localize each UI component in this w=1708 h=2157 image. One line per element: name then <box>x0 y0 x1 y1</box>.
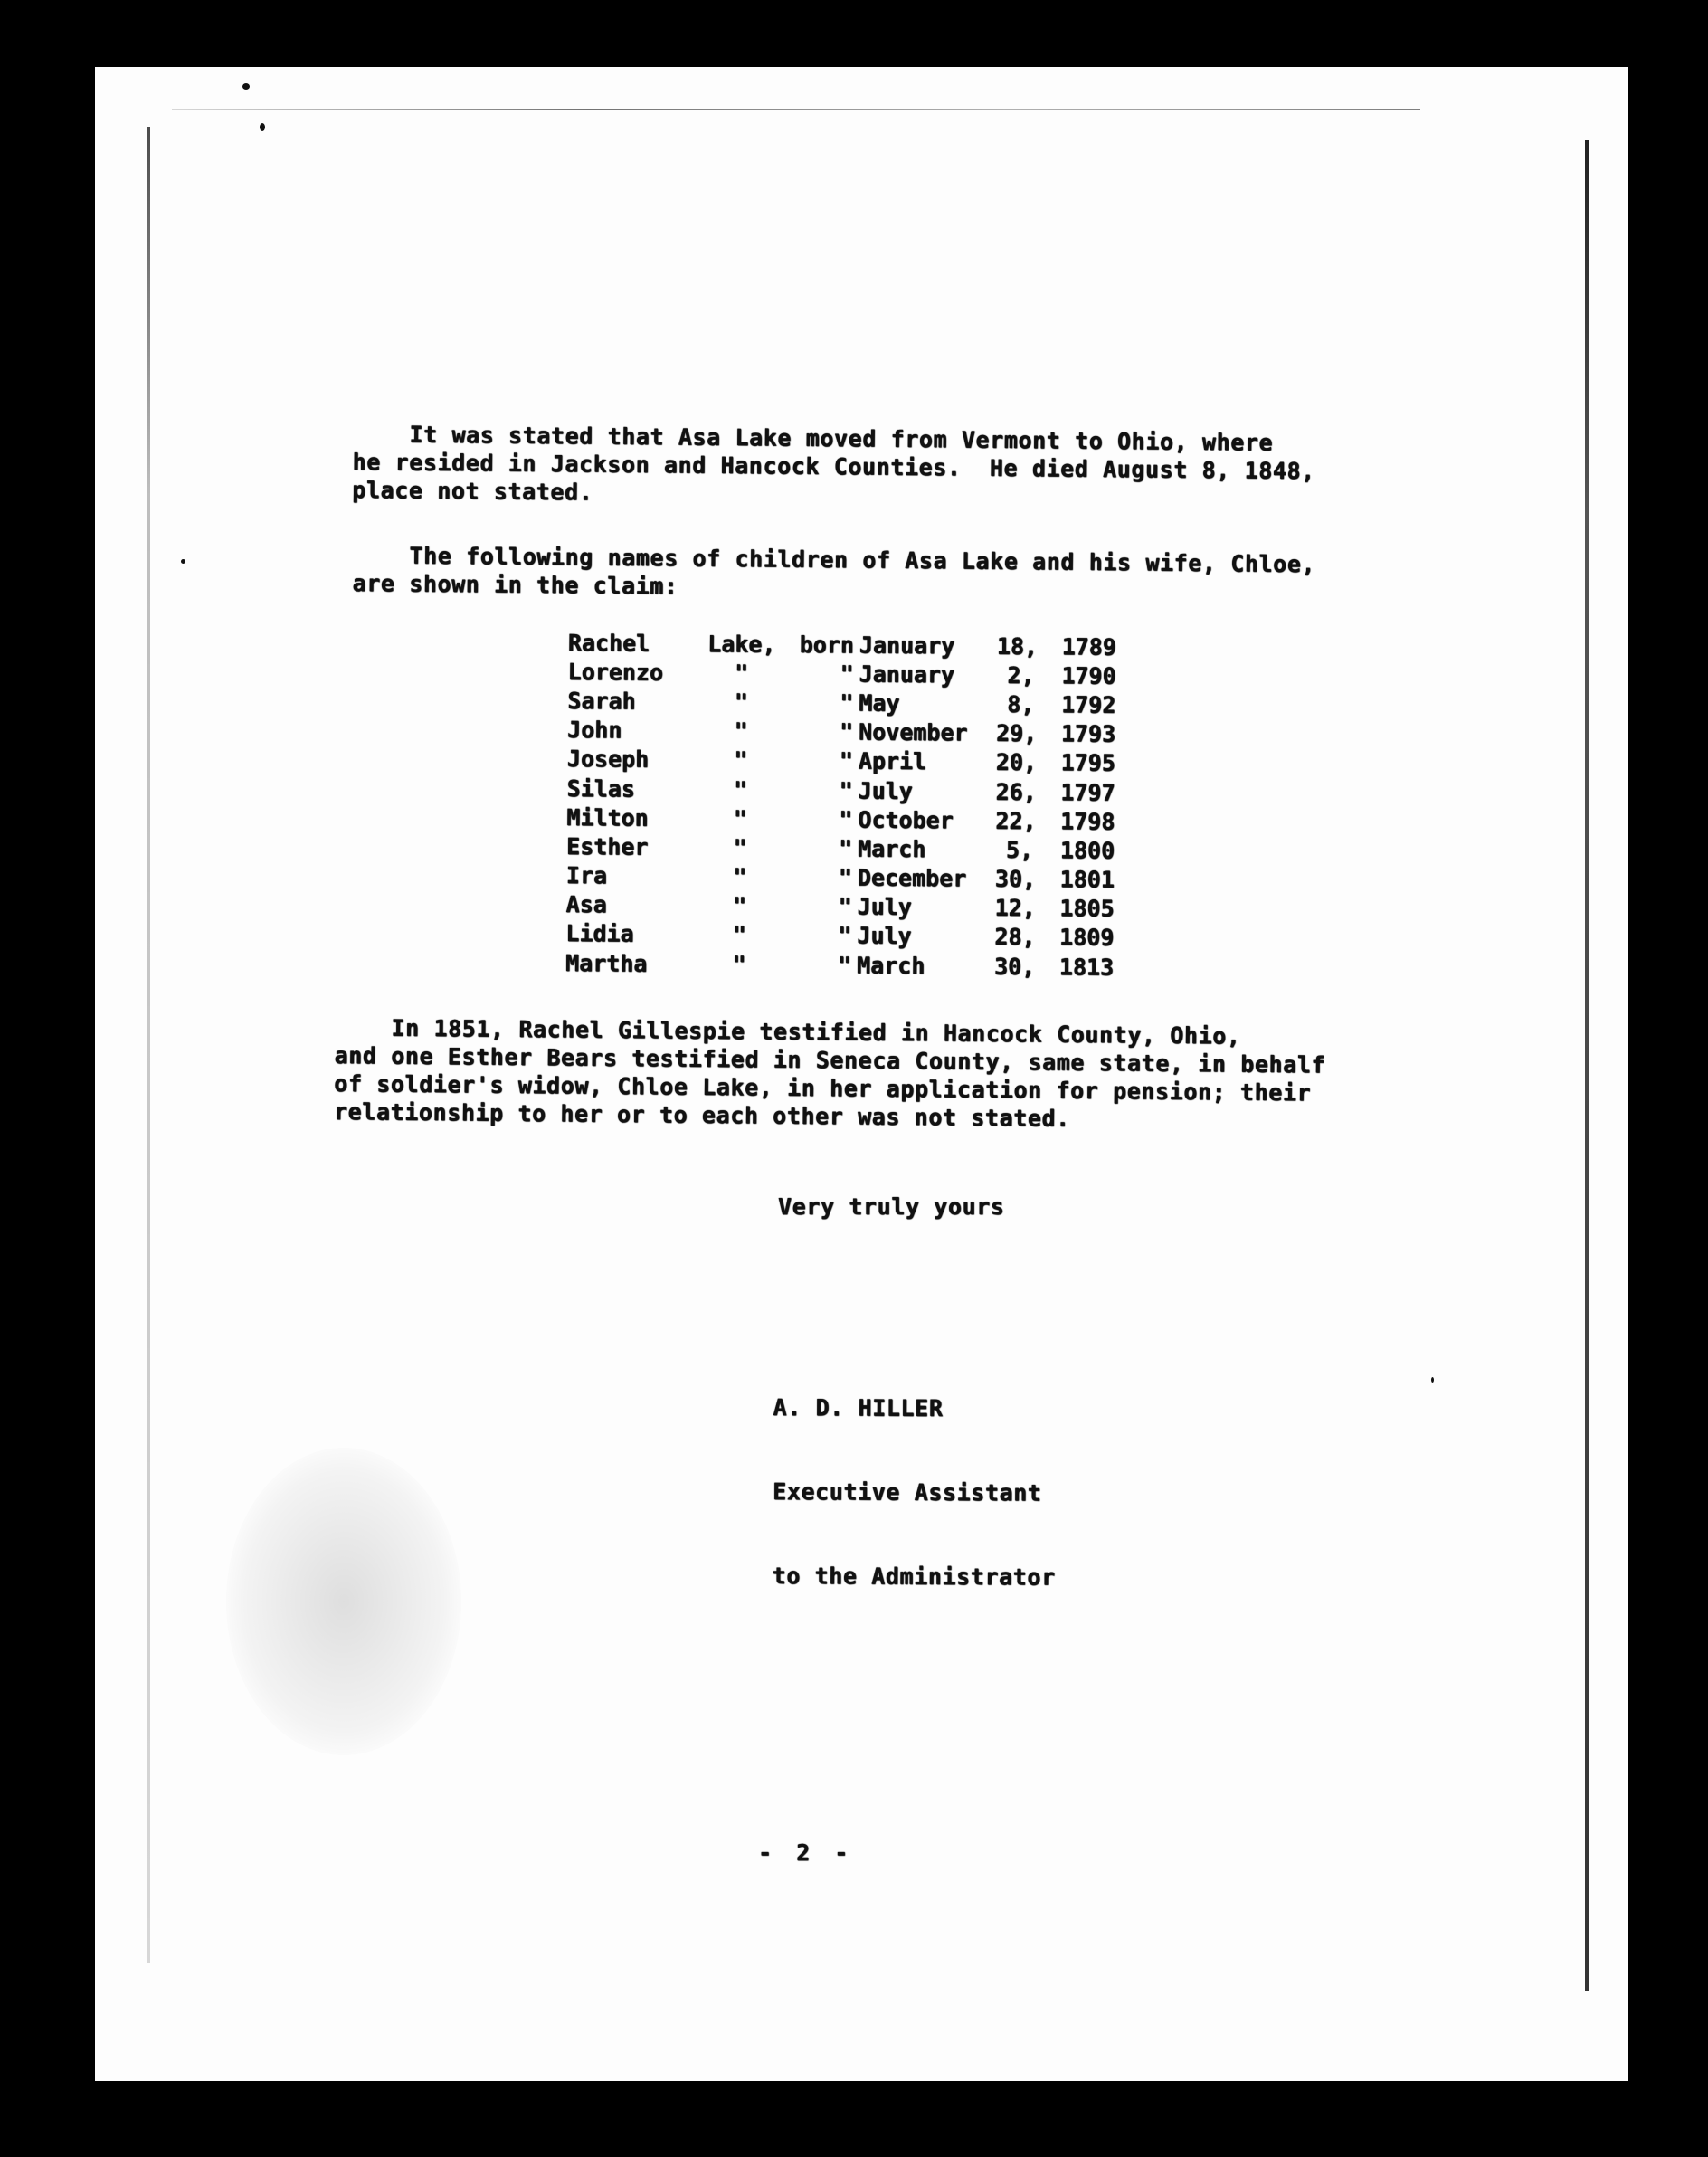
born-label: " <box>781 718 859 746</box>
child-surname: " <box>700 863 780 890</box>
child-entry: Lorenzo""January2,1790 <box>567 657 1115 690</box>
birth-month: March <box>858 835 995 862</box>
birth-month: November <box>859 719 996 746</box>
born-label: " <box>779 893 857 920</box>
ink-speck <box>242 83 250 90</box>
child-surname: " <box>702 660 782 687</box>
born-label: " <box>781 660 859 688</box>
birth-day: 29, <box>996 720 1034 746</box>
child-name: Milton <box>566 804 700 831</box>
birth-day: 8, <box>996 691 1034 717</box>
child-name: Asa <box>565 891 699 918</box>
child-surname: " <box>700 805 780 832</box>
closing-salutation: Very truly yours <box>778 1193 1004 1221</box>
ink-speck <box>1431 1377 1434 1383</box>
birth-month: October <box>858 806 995 833</box>
child-surname: " <box>700 834 780 861</box>
born-label: born <box>782 631 859 658</box>
ink-speck <box>181 559 185 564</box>
birth-day: 26, <box>995 778 1033 804</box>
birth-year: 1805 <box>1032 895 1114 922</box>
child-surname: " <box>699 951 779 978</box>
birth-month: April <box>859 748 996 775</box>
birth-year: 1792 <box>1034 691 1115 718</box>
children-list: RachelLake,bornJanuary18,1789Lorenzo""Ja… <box>565 628 1116 982</box>
ruled-line-left <box>147 127 150 1963</box>
birth-year: 1813 <box>1032 954 1114 981</box>
born-label: " <box>779 922 857 949</box>
birth-day: 2, <box>996 662 1034 689</box>
child-surname: " <box>701 717 781 745</box>
paragraph-residence: It was stated that Asa Lake moved from V… <box>352 420 1315 513</box>
birth-month: December <box>858 865 995 892</box>
birth-day: 30, <box>994 953 1032 979</box>
child-name: Esther <box>566 833 700 860</box>
birth-year: 1797 <box>1033 779 1115 806</box>
birth-year: 1790 <box>1034 662 1115 689</box>
born-label: " <box>780 835 858 862</box>
birth-day: 20, <box>996 749 1034 775</box>
child-surname: " <box>699 892 779 919</box>
birth-year: 1809 <box>1032 925 1114 952</box>
signatory-title-2: to the Administrator <box>773 1562 1056 1592</box>
birth-day: 18, <box>997 632 1035 659</box>
child-surname: " <box>699 922 779 949</box>
born-label: " <box>780 776 858 803</box>
child-entry: Lidia""July28,1809 <box>565 919 1114 953</box>
child-surname: " <box>701 689 781 716</box>
child-name: Rachel <box>568 630 702 657</box>
birth-day: 30, <box>995 866 1033 892</box>
ruled-line-right <box>1585 140 1589 1991</box>
paragraph-children-intro: The following names of children of Asa L… <box>352 541 1315 606</box>
child-entry: Martha""March30,1813 <box>565 948 1114 982</box>
birth-year: 1789 <box>1035 633 1116 660</box>
page-number: - 2 - <box>758 1839 853 1867</box>
child-name: Silas <box>566 775 700 803</box>
child-surname: " <box>700 776 780 803</box>
birth-month: May <box>859 689 996 717</box>
born-label: " <box>781 689 859 717</box>
birth-year: 1795 <box>1034 749 1115 776</box>
child-name: Joseph <box>567 746 701 773</box>
child-entry: Esther""March5,1800 <box>566 831 1115 865</box>
child-name: Lidia <box>565 920 699 947</box>
birth-month: July <box>858 777 995 804</box>
birth-month: March <box>857 952 994 979</box>
birth-year: 1793 <box>1034 720 1115 747</box>
child-entry: Joseph""April20,1795 <box>567 745 1115 778</box>
birth-day: 5, <box>995 837 1033 863</box>
child-entry: Sarah""May8,1792 <box>567 686 1115 719</box>
ruled-line-bottom <box>154 1962 1583 1962</box>
born-label: " <box>780 806 858 833</box>
paragraph-testimony: In 1851, Rachel Gillespie testified in H… <box>334 1013 1326 1136</box>
child-entry: Silas""July26,1797 <box>566 774 1115 807</box>
birth-month: January <box>859 632 997 659</box>
birth-day: 22, <box>995 807 1033 833</box>
signatory-name: A. D. HILLER <box>773 1393 1057 1423</box>
child-name: Lorenzo <box>568 659 702 686</box>
birth-day: 12, <box>994 895 1032 921</box>
ink-smudge <box>226 1448 461 1755</box>
birth-month: January <box>859 660 996 688</box>
birth-year: 1801 <box>1033 866 1115 893</box>
signature-block: A. D. HILLER Executive Assistant to the … <box>772 1337 1057 1620</box>
born-label: " <box>781 747 859 774</box>
child-entry: Asa""July12,1805 <box>565 890 1114 924</box>
born-label: " <box>779 951 857 978</box>
birth-day: 28, <box>994 924 1032 950</box>
birth-year: 1800 <box>1033 837 1115 864</box>
child-entry: Milton""October22,1798 <box>566 803 1115 836</box>
birth-month: July <box>857 894 994 921</box>
birth-month: July <box>857 923 994 950</box>
ink-speck <box>260 123 265 131</box>
child-entry: Ira""December30,1801 <box>566 860 1115 894</box>
child-name: John <box>567 717 701 744</box>
child-name: Sarah <box>567 688 701 715</box>
born-label: " <box>780 864 858 891</box>
signatory-title: Executive Assistant <box>773 1478 1056 1507</box>
birth-year: 1798 <box>1033 808 1115 835</box>
child-entry: RachelLake,bornJanuary18,1789 <box>568 628 1116 661</box>
child-surname: " <box>701 747 781 774</box>
child-surname: Lake, <box>702 631 782 658</box>
child-entry: John""November29,1793 <box>567 716 1115 749</box>
child-name: Ira <box>566 862 700 889</box>
child-name: Martha <box>565 950 699 977</box>
ruled-line-top <box>172 109 1420 110</box>
